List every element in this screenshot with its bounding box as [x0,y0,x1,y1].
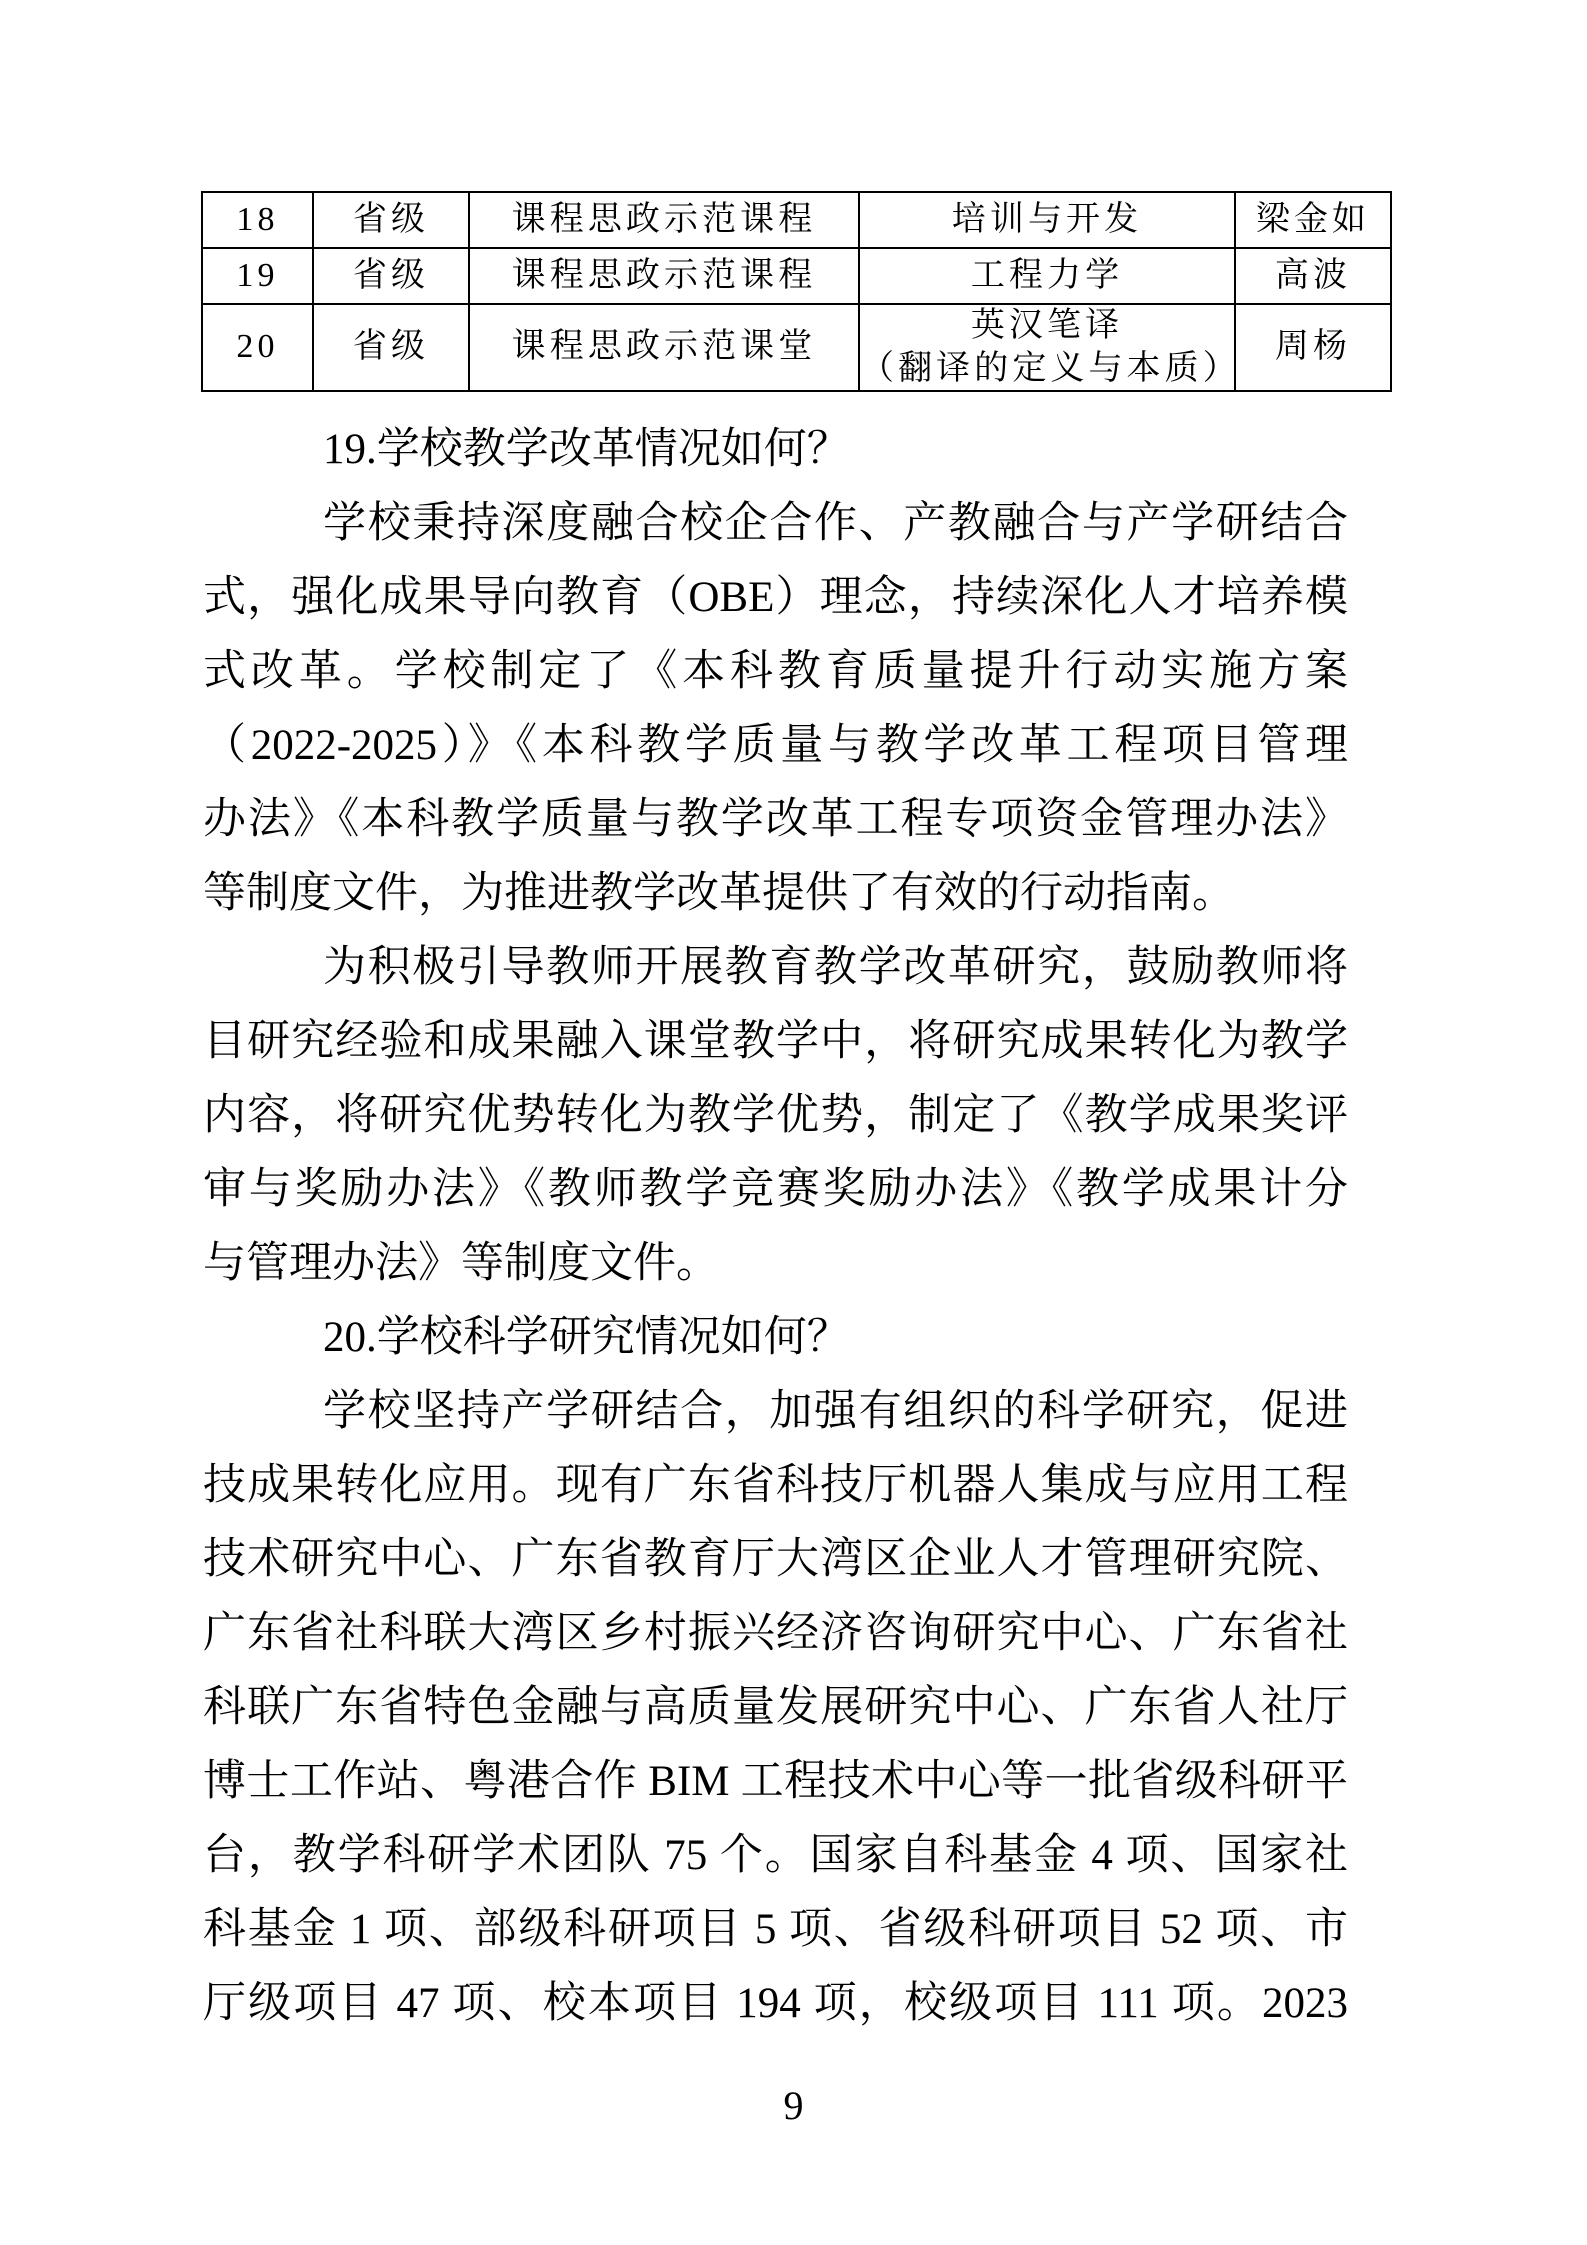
cell-course-name: 培训与开发 [859,192,1235,248]
section-20-heading: 20.学校科学研究情况如何？ [203,1301,1348,1375]
paragraph-line: 等制度文件，为推进教学改革提供了有效的行动指南。 [203,857,1348,931]
paragraph-line: 办法》《本科教学质量与教学改革工程专项资金管理办法》 [203,783,1348,857]
paragraph-line: 技成果转化应用。现有广东省科技厅机器人集成与应用工程 [203,1449,1348,1523]
section-19-heading: 19.学校教学改革情况如何？ [203,413,1348,487]
paragraph-line: 为积极引导教师开展教育教学改革研究，鼓励教师将项 [203,931,1348,1005]
cell-category: 课程思政示范课程 [469,192,859,248]
cell-teacher-name: 周杨 [1235,304,1391,391]
table-row: 19 省级 课程思政示范课程 工程力学 高波 [202,248,1391,304]
cell-row-number: 18 [202,192,313,248]
paragraph-line: （2022-2025）》《本科教学质量与教学改革工程项目管理 [203,709,1348,783]
course-name-line1: 英汉笔译 [860,305,1234,348]
cell-category: 课程思政示范课程 [469,248,859,304]
cell-level: 省级 [313,192,469,248]
paragraph-line: 博士工作站、粤港合作 BIM 工程技术中心等一批省级科研平 [203,1745,1348,1819]
paragraph-line: 厅级项目 47 项、校本项目 194 项，校级项目 111 项。2023 [203,1967,1348,2041]
table-row: 18 省级 课程思政示范课程 培训与开发 梁金如 [202,192,1391,248]
paragraph-line: 审与奖励办法》《教师教学竞赛奖励办法》《教学成果计分 [203,1153,1348,1227]
page-number: 9 [0,2082,1587,2129]
paragraph-line: 广东省社科联大湾区乡村振兴经济咨询研究中心、广东省社 [203,1597,1348,1671]
paragraph-line: 内容，将研究优势转化为教学优势，制定了《教学成果奖评 [203,1079,1348,1153]
paragraph-line: 目研究经验和成果融入课堂教学中，将研究成果转化为教学 [203,1005,1348,1079]
cell-teacher-name: 高波 [1235,248,1391,304]
paragraph-line: 式改革。学校制定了《本科教育质量提升行动实施方案 [203,635,1348,709]
paragraph-line: 技术研究中心、广东省教育厅大湾区企业人才管理研究院、 [203,1523,1348,1597]
cell-course-name: 英汉笔译 （翻译的定义与本质） [859,304,1235,391]
cell-course-name: 工程力学 [859,248,1235,304]
document-page: 18 省级 课程思政示范课程 培训与开发 梁金如 19 省级 课程思政示范课程 … [0,0,1587,2245]
cell-row-number: 20 [202,304,313,391]
cell-teacher-name: 梁金如 [1235,192,1391,248]
paragraph-line: 台，教学科研学术团队 75 个。国家自科基金 4 项、国家社 [203,1819,1348,1893]
cell-level: 省级 [313,304,469,391]
paragraph-line: 科基金 1 项、部级科研项目 5 项、省级科研项目 52 项、市 [203,1893,1348,1967]
cell-row-number: 19 [202,248,313,304]
course-table: 18 省级 课程思政示范课程 培训与开发 梁金如 19 省级 课程思政示范课程 … [201,191,1392,392]
paragraph-line: 科联广东省特色金融与高质量发展研究中心、广东省人社厅 [203,1671,1348,1745]
course-name-line2: （翻译的定义与本质） [860,348,1234,391]
paragraph-line: 式，强化成果导向教育（OBE）理念，持续深化人才培养模 [203,561,1348,635]
paragraph-line: 与管理办法》等制度文件。 [203,1227,1348,1301]
cell-level: 省级 [313,248,469,304]
paragraph-line: 学校坚持产学研结合，加强有组织的科学研究，促进科 [203,1375,1348,1449]
paragraph-line: 学校秉持深度融合校企合作、产教融合与产学研结合模 [203,487,1348,561]
table-row: 20 省级 课程思政示范课堂 英汉笔译 （翻译的定义与本质） 周杨 [202,304,1391,391]
document-body: 19.学校教学改革情况如何？ 学校秉持深度融合校企合作、产教融合与产学研结合模 … [203,413,1348,2041]
cell-category: 课程思政示范课堂 [469,304,859,391]
